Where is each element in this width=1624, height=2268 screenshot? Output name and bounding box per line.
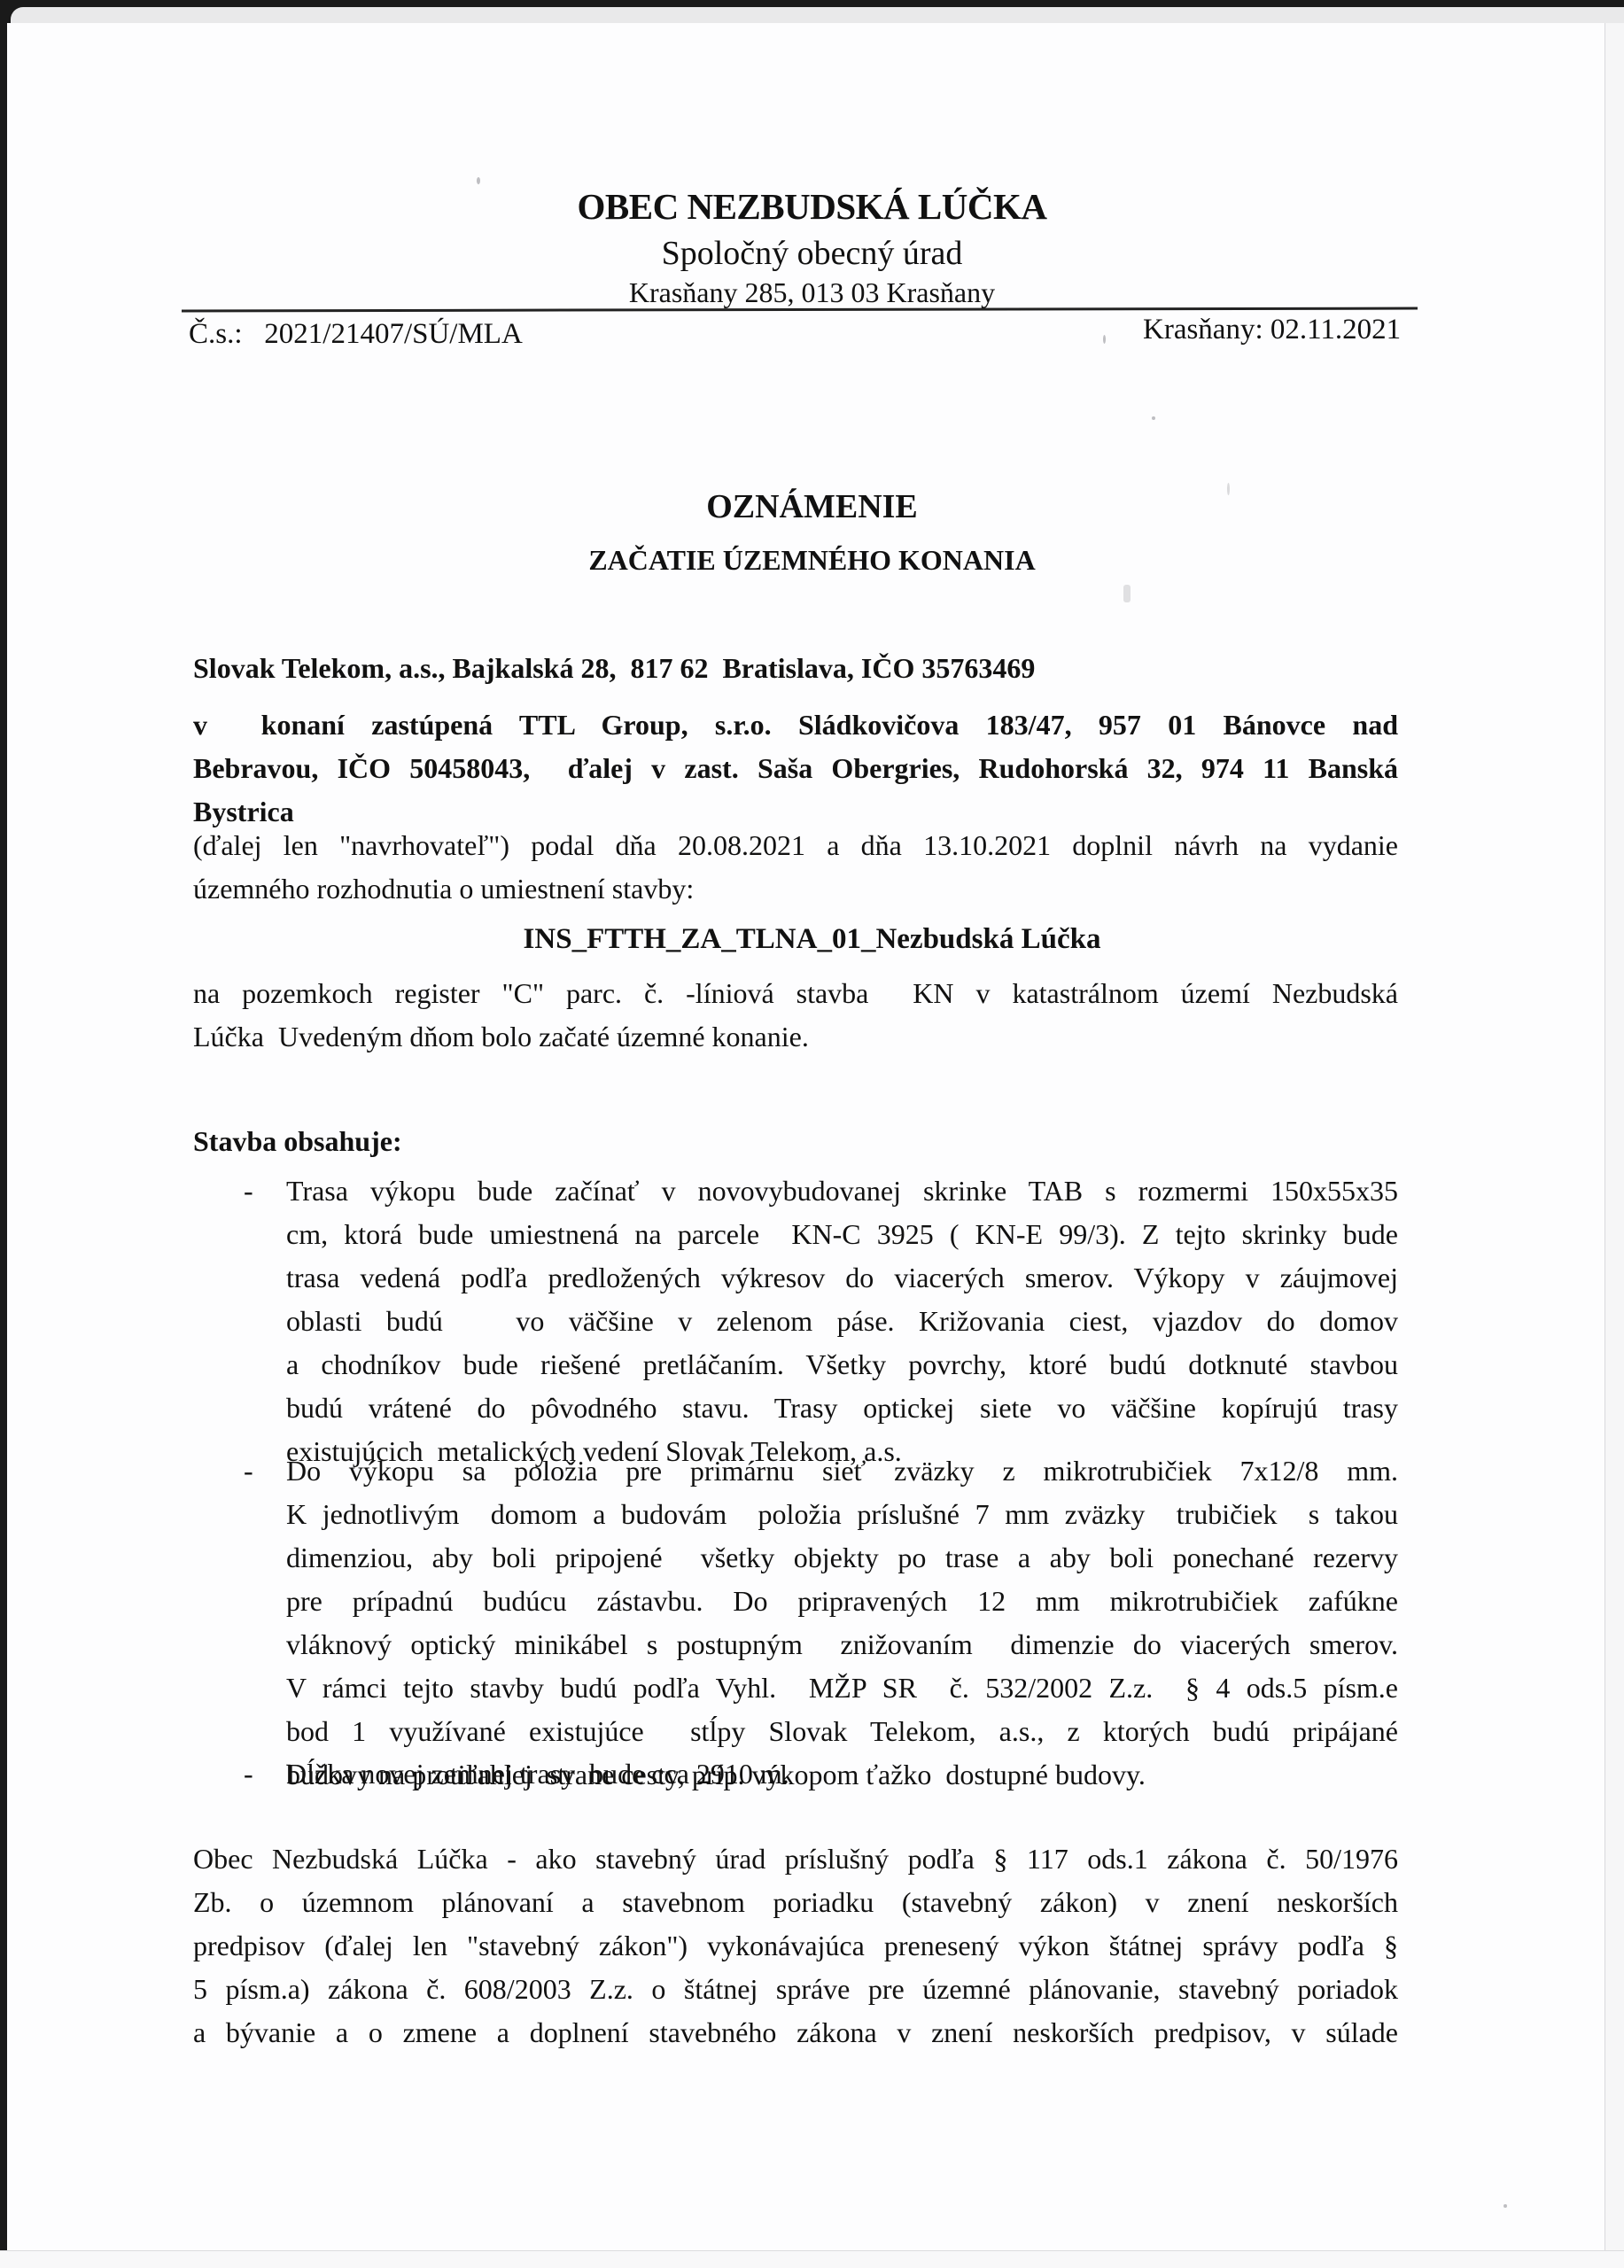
intro-line: územného rozhodnutia o umiestnení stavby… <box>193 867 1398 911</box>
item-line: V rámci tejto stavby budú podľa Vyhl. MŽ… <box>286 1666 1398 1710</box>
scan-speck <box>1123 585 1131 602</box>
authority-line: a bývanie a o zmene a doplnení stavebnéh… <box>193 2011 1398 2054</box>
scan-speck <box>1227 483 1230 495</box>
item-line: bod 1 využívané existujúce stĺpy Slovak … <box>286 1710 1398 1753</box>
applicant-line: v konaní zastúpená TTL Group, s.r.o. Slá… <box>193 703 1398 747</box>
item-line: oblasti budú vo väčšine v zelenom páse. … <box>286 1300 1398 1343</box>
place-and-date: Krasňany: 02.11.2021 <box>1143 310 1401 349</box>
page-bottom-edge <box>0 2250 1624 2268</box>
document-subtitle: ZAČATIE ÚZEMNÉHO KONANIA <box>0 540 1624 579</box>
construction-item: Do výkopu sa položia pre primárnu sieť z… <box>286 1449 1398 1797</box>
item-line: Dĺžka novej zemnej trasy bude cca 2910 m… <box>286 1752 1398 1796</box>
bullet-marker: - <box>244 1169 253 1213</box>
page-right-edge <box>1605 23 1624 2268</box>
item-line: K jednotlivým domom a budovám položia pr… <box>286 1493 1398 1536</box>
location-line: Lúčka Uvedeným dňom bolo začaté územné k… <box>193 1015 1398 1059</box>
construction-heading: Stavba obsahuje: <box>193 1120 402 1162</box>
item-line: a chodníkov bude riešené pretláčaním. Vš… <box>286 1343 1398 1386</box>
bullet-marker: - <box>244 1752 253 1796</box>
item-line: pre prípadnú budúcu zástavbu. Do priprav… <box>286 1580 1398 1623</box>
item-line: Trasa výkopu bude začínať v novovybudova… <box>286 1169 1398 1213</box>
item-line: Do výkopu sa položia pre primárnu sieť z… <box>286 1449 1398 1493</box>
intro-paragraph: (ďalej len "navrhovateľ") podal dňa 20.0… <box>193 824 1398 911</box>
scan-speck <box>1152 416 1155 420</box>
location-paragraph: na pozemkoch register "C" parc. č. -líni… <box>193 972 1398 1059</box>
bullet-marker: - <box>244 1449 253 1493</box>
item-line: trasa vedená podľa predložených výkresov… <box>286 1256 1398 1300</box>
authority-line: Zb. o územnom plánovaní a stavebnom pori… <box>193 1881 1398 1924</box>
organization-name: OBEC NEZBUDSKÁ LÚČKA <box>0 184 1624 229</box>
project-name: INS_FTTH_ZA_TLNA_01_Nezbudská Lúčka <box>0 918 1624 960</box>
item-line: budú vrátené do pôvodného stavu. Trasy o… <box>286 1386 1398 1430</box>
applicant-line: Slovak Telekom, a.s., Bajkalská 28, 817 … <box>193 647 1398 690</box>
scan-speck <box>1504 2204 1507 2208</box>
scan-border-strip <box>11 7 1624 23</box>
construction-item: Dĺžka novej zemnej trasy bude cca 2910 m… <box>286 1752 1398 1796</box>
document-title: OZNÁMENIE <box>0 485 1624 528</box>
authority-paragraph: Obec Nezbudská Lúčka - ako stavebný úrad… <box>193 1837 1398 2054</box>
intro-line: (ďalej len "navrhovateľ") podal dňa 20.0… <box>193 824 1398 867</box>
item-line: vláknový optický minikábel s postupným z… <box>286 1623 1398 1666</box>
construction-item: Trasa výkopu bude začínať v novovybudova… <box>286 1169 1398 1473</box>
location-line: na pozemkoch register "C" parc. č. -líni… <box>193 972 1398 1015</box>
reference-number: Č.s.: 2021/21407/SÚ/MLA <box>189 315 523 353</box>
authority-line: predpisov (ďalej len "stavebný zákon") v… <box>193 1924 1398 1968</box>
item-line: cm, ktorá bude umiestnená na parcele KN-… <box>286 1213 1398 1256</box>
scan-speck <box>1103 335 1106 344</box>
authority-line: 5 písm.a) zákona č. 608/2003 Z.z. o štát… <box>193 1968 1398 2011</box>
authority-line: Obec Nezbudská Lúčka - ako stavebný úrad… <box>193 1837 1398 1881</box>
scan-speck <box>477 177 480 184</box>
item-line: dimenziou, aby boli pripojené všetky obj… <box>286 1536 1398 1580</box>
office-name: Spoločný obecný úrad <box>0 233 1624 274</box>
office-address: Krasňany 285, 013 03 Krasňany <box>0 275 1624 310</box>
applicant-line: Bebravou, IČO 50458043, ďalej v zast. Sa… <box>193 747 1398 790</box>
applicant-block: Slovak Telekom, a.s., Bajkalská 28, 817 … <box>193 647 1398 834</box>
